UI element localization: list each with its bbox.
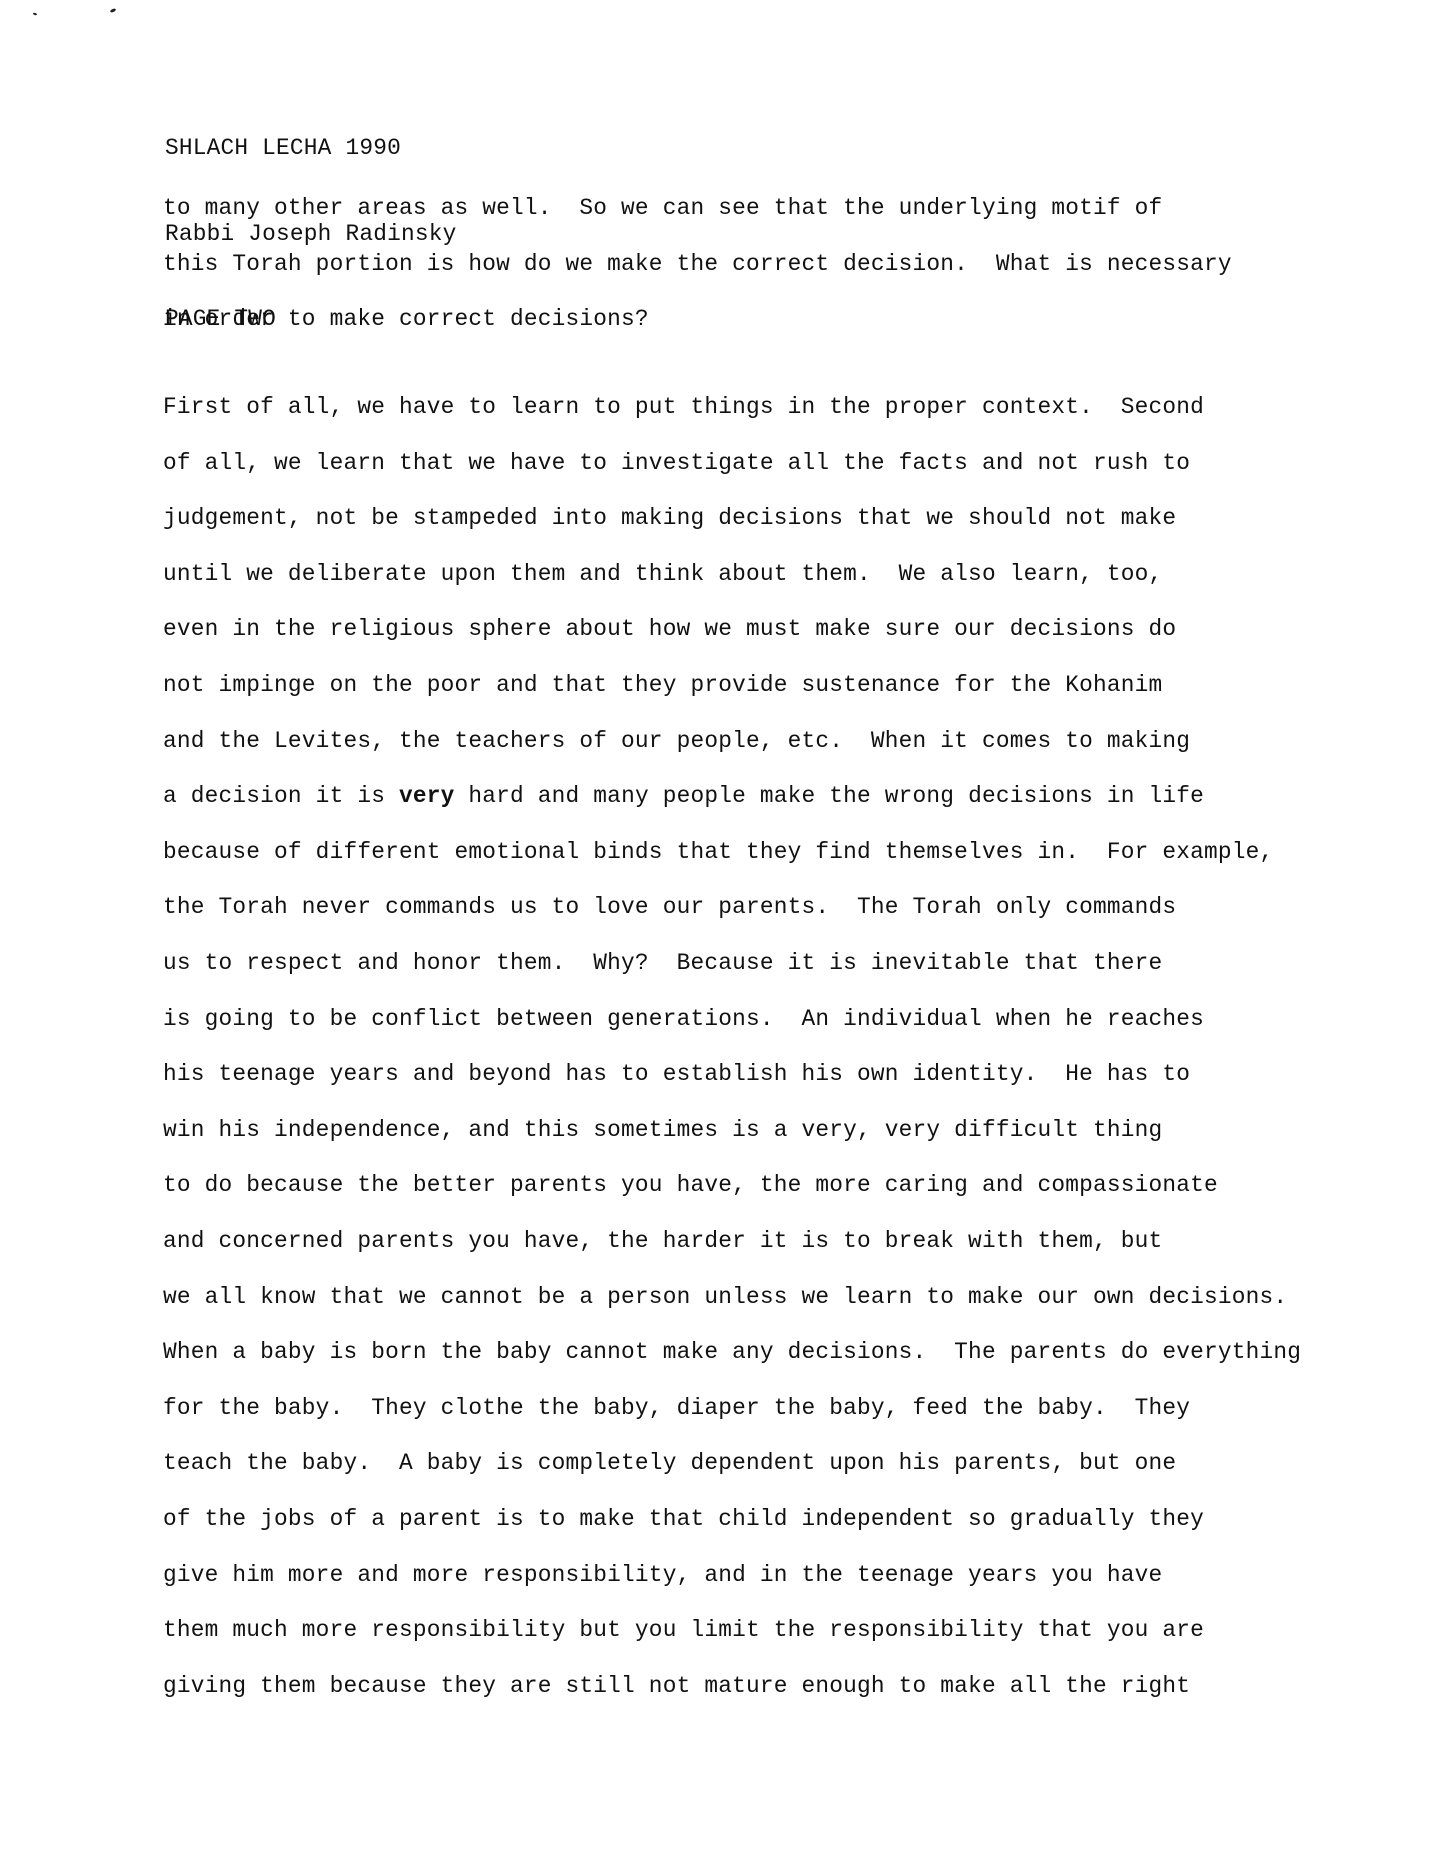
text-line: is going to be conflict between generati… [163, 1004, 1204, 1034]
text-line: in order to make correct decisions? [163, 304, 649, 334]
text-line: us to respect and honor them. Why? Becau… [163, 948, 1162, 978]
emphasized-word: very [399, 783, 455, 809]
text-line: we all know that we cannot be a person u… [163, 1282, 1287, 1312]
text-line: the Torah never commands us to love our … [163, 892, 1176, 922]
text-line: giving them because they are still not m… [163, 1671, 1190, 1701]
text-line: because of different emotional binds tha… [163, 837, 1273, 867]
text-line: this Torah portion is how do we make the… [163, 249, 1232, 279]
document-author: Rabbi Joseph Radinsky [165, 220, 457, 249]
text-line: When a baby is born the baby cannot make… [163, 1337, 1301, 1367]
text-line: for the baby. They clothe the baby, diap… [163, 1393, 1190, 1423]
text-line: until we deliberate upon them and think … [163, 559, 1162, 589]
text-line: of all, we learn that we have to investi… [163, 448, 1190, 478]
text-line: to many other areas as well. So we can s… [163, 193, 1162, 223]
text-line: not impinge on the poor and that they pr… [163, 670, 1162, 700]
text-line: judgement, not be stampeded into making … [163, 503, 1176, 533]
text-line: a decision it is very hard and many peop… [163, 781, 1204, 811]
text-line: them much more responsibility but you li… [163, 1615, 1204, 1645]
text-line: and concerned parents you have, the hard… [163, 1226, 1162, 1256]
text-line: First of all, we have to learn to put th… [163, 392, 1204, 422]
text-line: even in the religious sphere about how w… [163, 614, 1176, 644]
text-line: teach the baby. A baby is completely dep… [163, 1448, 1176, 1478]
text-line: and the Levites, the teachers of our peo… [163, 726, 1190, 756]
scan-speck [33, 12, 37, 15]
text-line: win his independence, and this sometimes… [163, 1115, 1162, 1145]
document-title: SHLACH LECHA 1990 [165, 134, 457, 163]
scan-speck [110, 8, 117, 13]
text-line: to do because the better parents you hav… [163, 1170, 1218, 1200]
text-line: his teenage years and beyond has to esta… [163, 1059, 1190, 1089]
text-line: give him more and more responsibility, a… [163, 1560, 1162, 1590]
text-line: of the jobs of a parent is to make that … [163, 1504, 1204, 1534]
